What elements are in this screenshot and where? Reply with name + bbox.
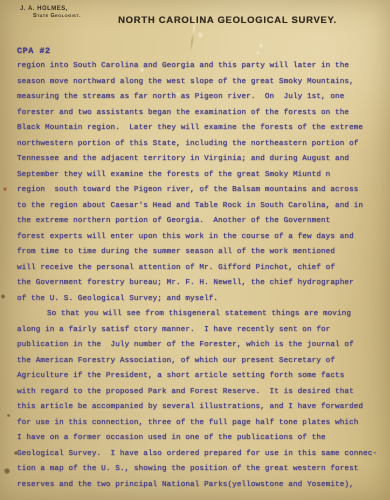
paper-speck — [14, 451, 18, 455]
body-line: the Government forestry bureau; Mr. F. H… — [17, 276, 383, 292]
paper-speck — [4, 468, 10, 474]
document-number: CPA #2 — [17, 46, 51, 56]
body-line: from time to time during the summer seas… — [17, 245, 383, 261]
body-line: Black Mountain region. Later they will e… — [17, 121, 383, 137]
paper-speck — [1, 294, 5, 299]
body-line: forester and two assistants began the ex… — [17, 106, 383, 122]
letterhead-name: J. A. HOLMES, — [20, 6, 81, 12]
paper-spot — [256, 51, 260, 55]
paper-spot — [140, 68, 144, 72]
body-line: the extreme northern portion of Georgia.… — [17, 214, 383, 230]
body-line: measuring the streams as far north as Pi… — [17, 90, 383, 106]
body-line: Tennessee and the adjacent territory in … — [17, 152, 383, 168]
body-line: September they will examine the forests … — [17, 168, 383, 184]
body-line: will receive the personal attention of M… — [17, 261, 383, 277]
body-line: I have on a former occasion used in one … — [17, 431, 383, 447]
body-line: to the region about Caesar's Head and Ta… — [17, 199, 383, 215]
body-line: forest experts will enter upon this work… — [17, 230, 383, 246]
paper-speck — [3, 187, 7, 191]
body-line: Agriculture if the President, a short ar… — [17, 369, 383, 385]
paper-spot — [176, 92, 180, 96]
body-line: publication in the July number of the Fo… — [17, 338, 383, 354]
body-line: reserves and the two principal National … — [17, 478, 383, 494]
paper-spot — [259, 43, 263, 48]
body-line: region south toward the Pigeon river, of… — [17, 183, 383, 199]
document-page: J. A. HOLMES, State Geologist. NORTH CAR… — [0, 0, 390, 500]
body-line: region into South Carolina and Georgia a… — [17, 59, 383, 75]
body-line: the American Forestry Association, of wh… — [17, 354, 383, 370]
letter-body: region into South Carolina and Georgia a… — [17, 59, 383, 493]
body-line: Geological Survey. I have also ordered p… — [17, 447, 383, 463]
body-line: for use in this connection, three of the… — [17, 416, 383, 432]
paper-spot — [198, 32, 203, 38]
body-line: tion a map of the U. S., showing the pos… — [17, 462, 383, 478]
body-line: season move northward along the west slo… — [17, 75, 383, 91]
body-line: of the U. S. Geological Survey; and myse… — [17, 292, 383, 308]
body-line: this article be accompanied by several i… — [17, 400, 383, 416]
body-line: with regard to the proposed Park and For… — [17, 385, 383, 401]
body-line: So that you will see from thisgeneral st… — [17, 307, 383, 323]
body-line: northwestern portion of this State, incl… — [17, 137, 383, 153]
paper-speck — [7, 414, 10, 417]
body-line: along in a fairly satisf ctory manner. I… — [17, 323, 383, 339]
